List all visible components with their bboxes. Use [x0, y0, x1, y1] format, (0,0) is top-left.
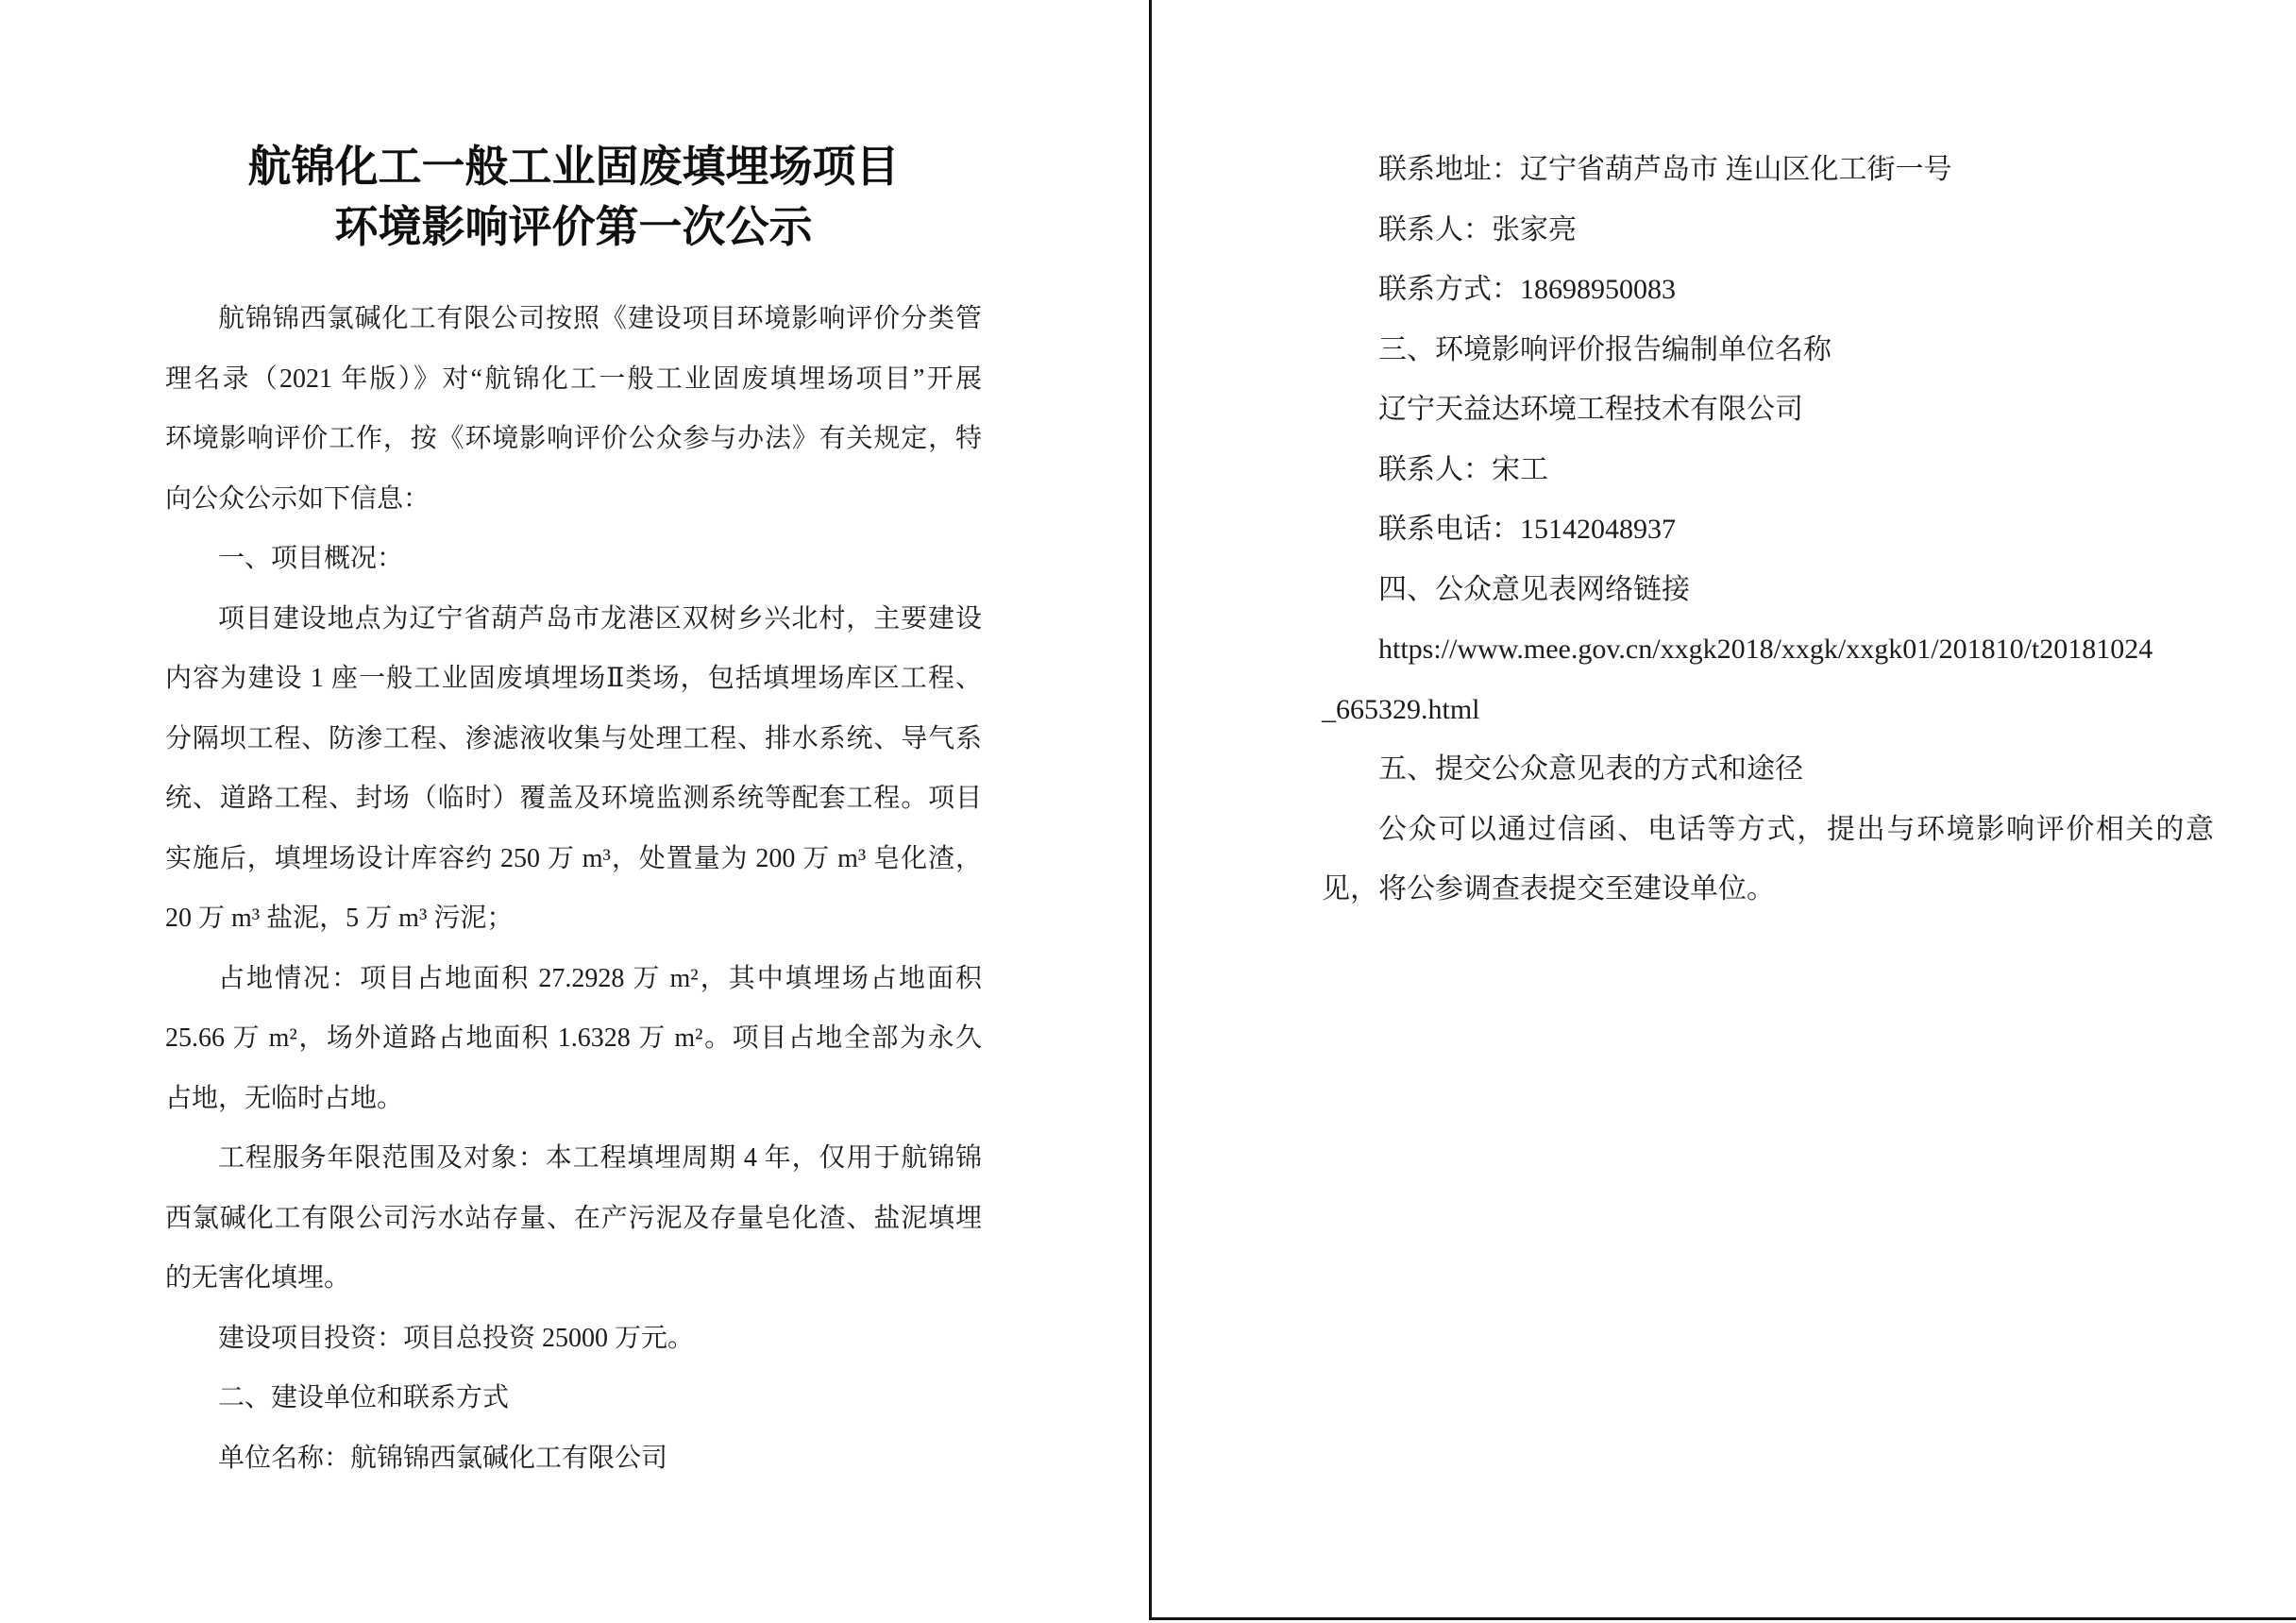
text-line: 联系地址：辽宁省葫芦岛市 连山区化工街一号	[1322, 140, 2214, 200]
text-line: 建设项目投资：项目总投资 25000 万元。	[165, 1309, 982, 1369]
document-viewer: 航锦化工一般工业固废填埋场项目 环境影响评价第一次公示 航锦锦西氯碱化工有限公司…	[0, 0, 2296, 1623]
text-line: 向公众公示如下信息：	[165, 469, 982, 530]
page-bottom-border	[1149, 1617, 2296, 1620]
text-line: 25.66 万 m²，场外道路占地面积 1.6328 万 m²。项目占地全部为永…	[165, 1008, 982, 1069]
page-divider	[1149, 0, 1152, 1618]
section-heading: 三、环境影响评价报告编制单位名称	[1322, 320, 2214, 380]
text-line: 的无害化填埋。	[165, 1248, 982, 1309]
doc-title-line: 航锦化工一般工业固废填埋场项目	[165, 137, 982, 197]
text-line: 航锦锦西氯碱化工有限公司按照《建设项目环境影响评价分类管	[165, 289, 982, 349]
text-line: 20 万 m³ 盐泥，5 万 m³ 污泥；	[165, 888, 982, 949]
text-line: 内容为建设 1 座一般工业固废填埋场Ⅱ类场，包括填埋场库区工程、	[165, 649, 982, 709]
url-line: https://www.mee.gov.cn/xxgk2018/xxgk/xxg…	[1322, 619, 2214, 680]
text-line: 实施后，填埋场设计库容约 250 万 m³，处置量为 200 万 m³ 皂化渣，	[165, 829, 982, 889]
section-heading: 二、建设单位和联系方式	[165, 1368, 982, 1429]
text-line: 联系方式：18698950083	[1322, 260, 2214, 320]
section-heading: 一、项目概况：	[165, 529, 982, 589]
text-line: 工程服务年限范围及对象：本工程填埋周期 4 年，仅用于航锦锦	[165, 1128, 982, 1189]
url-line: _665329.html	[1322, 680, 2214, 740]
text-line: 环境影响评价工作，按《环境影响评价公众参与办法》有关规定，特	[165, 409, 982, 469]
text-line: 见，将公参调查表提交至建设单位。	[1322, 859, 2214, 920]
doc-title-line: 环境影响评价第一次公示	[165, 197, 982, 258]
text-line: 联系电话：15142048937	[1322, 499, 2214, 560]
page-right-body: 联系地址：辽宁省葫芦岛市 连山区化工街一号 联系人：张家亮 联系方式：18698…	[1322, 140, 2214, 920]
text-line: 统、道路工程、封场（临时）覆盖及环境监测系统等配套工程。项目	[165, 769, 982, 829]
text-line: 占地，无临时占地。	[165, 1069, 982, 1129]
text-line: 联系人：张家亮	[1322, 200, 2214, 261]
text-line: 理名录（2021 年版）》对“航锦化工一般工业固废填埋场项目”开展	[165, 349, 982, 410]
section-heading: 四、公众意见表网络链接	[1322, 560, 2214, 620]
text-line: 单位名称：航锦锦西氯碱化工有限公司	[165, 1429, 982, 1489]
page-left-body: 航锦锦西氯碱化工有限公司按照《建设项目环境影响评价分类管 理名录（2021 年版…	[165, 289, 982, 1488]
text-line: 公众可以通过信函、电话等方式，提出与环境影响评价相关的意	[1322, 800, 2214, 860]
text-line: 联系人：宋工	[1322, 440, 2214, 500]
doc-title: 航锦化工一般工业固废填埋场项目 环境影响评价第一次公示	[165, 137, 982, 257]
text-line: 分隔坝工程、防渗工程、渗滤液收集与处理工程、排水系统、导气系	[165, 709, 982, 769]
text-line: 西氯碱化工有限公司污水站存量、在产污泥及存量皂化渣、盐泥填埋	[165, 1189, 982, 1249]
text-line: 辽宁天益达环境工程技术有限公司	[1322, 380, 2214, 440]
text-line: 项目建设地点为辽宁省葫芦岛市龙港区双树乡兴北村，主要建设	[165, 589, 982, 650]
text-line: 占地情况：项目占地面积 27.2928 万 m²，其中填埋场占地面积	[165, 949, 982, 1009]
section-heading: 五、提交公众意见表的方式和途径	[1322, 739, 2214, 800]
